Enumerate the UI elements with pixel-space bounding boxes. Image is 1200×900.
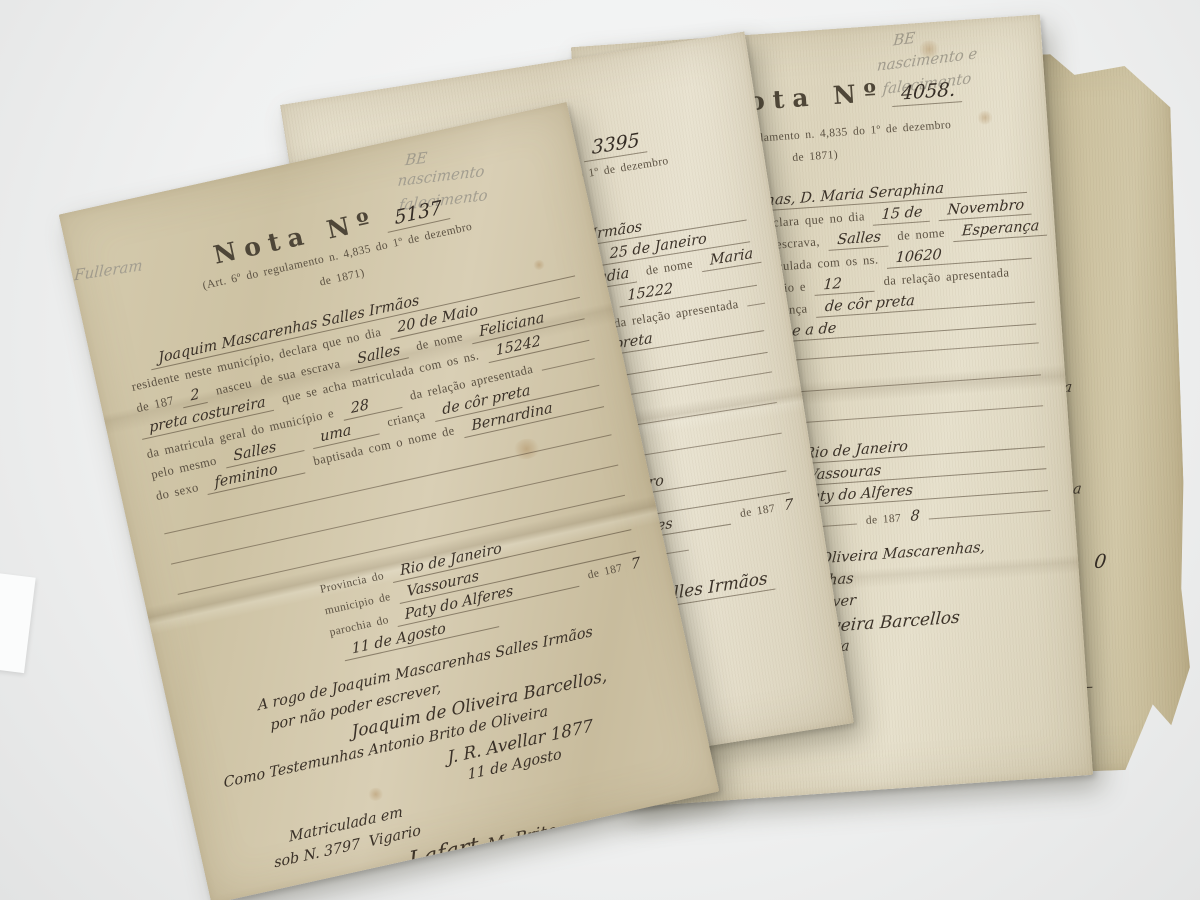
printed-text: nasceu: [214, 376, 253, 399]
photo-background: lzda—dina0— BEnascimento efalecimentoNot…: [0, 0, 1200, 900]
pencil-annotation: BE: [892, 29, 916, 50]
text-fragment: 0: [1094, 551, 1107, 573]
printed-text: de 187: [866, 512, 902, 526]
handwritten-text: 7: [784, 496, 793, 514]
nota-number: 3395: [584, 128, 648, 162]
printed-text: da relação apresentada: [883, 265, 1010, 289]
pencil-note: BE: [404, 149, 428, 170]
pencil-annotation: BE: [404, 149, 428, 169]
printed-text: de 187: [135, 393, 175, 416]
handwritten-text: Esperança: [953, 217, 1048, 242]
handwritten-text: 8: [910, 508, 920, 525]
handwritten-text: M. Brito: [487, 821, 558, 857]
printed-text: de 187: [587, 563, 624, 582]
background-highlight: [0, 573, 36, 673]
handwritten-text: 7: [630, 555, 640, 573]
handwritten-text: 0: [1093, 550, 1107, 573]
printed-text: de 187: [739, 502, 776, 519]
printed-text: de nome: [897, 226, 945, 244]
handwritten-text: 2: [182, 385, 208, 409]
handwritten-text: Novembro: [939, 196, 1033, 221]
printed-text: criança: [386, 408, 427, 431]
pencil-note: BE: [893, 29, 916, 50]
handwritten-text: 12: [814, 274, 875, 296]
blank-rule: [746, 289, 766, 307]
handwritten-text: 15 de: [873, 204, 931, 226]
handwritten-text: Salles: [828, 229, 889, 251]
form-title-line: Nota Nº4058.: [716, 68, 1021, 119]
printed-text: de nome: [645, 257, 694, 279]
printed-text: de 1871): [792, 149, 838, 164]
nota-number: 4058.: [893, 78, 965, 107]
